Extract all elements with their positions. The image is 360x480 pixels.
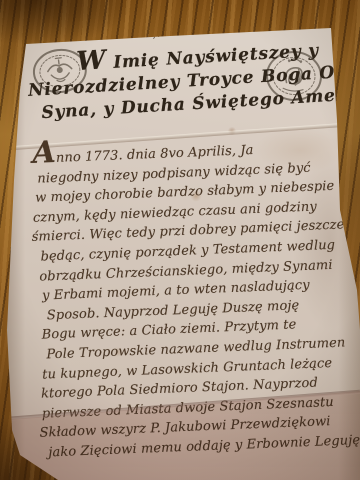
testament-body-text: Anno 1773. dnia 8vo Aprilis, Ja niegodny… — [28, 131, 360, 464]
invocation-heading: W Imię Nayświętszey y Nierozdzielney Tro… — [26, 34, 360, 125]
photo-of-manuscript: № — [0, 0, 360, 480]
manuscript-paper: № — [0, 0, 360, 480]
